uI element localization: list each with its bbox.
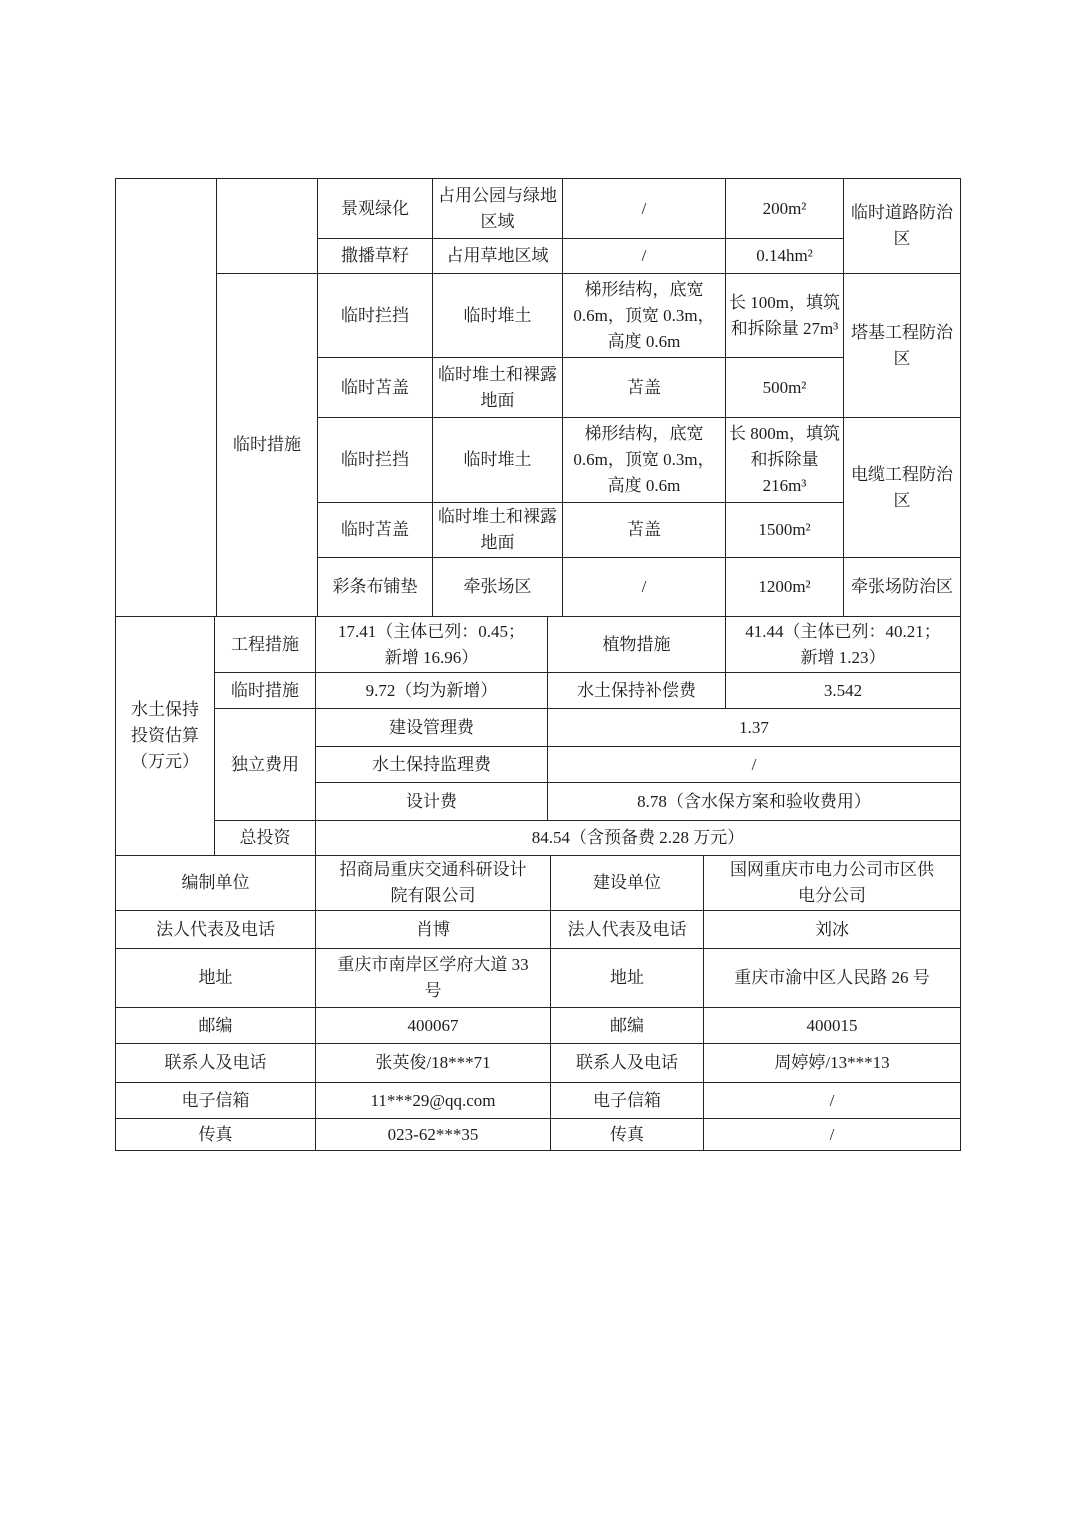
investment-row-label: 临时措施 (215, 673, 316, 709)
contact-value: 周婷婷/13***13 (704, 1044, 961, 1083)
measure-qty-cell: 500m² (726, 358, 844, 418)
fee-name-cell: 水土保持监理费 (316, 747, 548, 783)
measure-spec-cell: / (563, 558, 726, 617)
measure-spec-cell: 梯形结构，底宽 0.6m，顶宽 0.3m，高度 0.6m (563, 274, 726, 358)
investment-value: 41.44（主体已列：40.21；新增 1.23） (726, 617, 961, 673)
investment-value: 3.542 (726, 673, 961, 709)
measure-spec-cell: 苫盖 (563, 358, 726, 418)
measure-location-cell: 占用公园与绿地区域 (433, 179, 563, 239)
measure-qty-cell: 200m² (726, 179, 844, 239)
contact-value: 张英俊/18***71 (316, 1044, 551, 1083)
contact-value: 400015 (704, 1008, 961, 1044)
contact-value: 11***29@qq.com (316, 1083, 551, 1119)
zone-cell: 电缆工程防治区 (844, 418, 961, 558)
contact-value: 重庆市渝中区人民路 26 号 (704, 949, 961, 1008)
zone-cell: 临时道路防治区 (844, 179, 961, 274)
contact-label: 电子信箱 (116, 1083, 316, 1119)
measure-name-cell: 临时苫盖 (318, 503, 433, 558)
measure-name-cell: 撒播草籽 (318, 239, 433, 274)
measure-spec-cell: 梯形结构，底宽 0.6m，顶宽 0.3m，高度 0.6m (563, 418, 726, 503)
contact-value: 刘冰 (704, 911, 961, 949)
contact-table: 编制单位 招商局重庆交通科研设计院有限公司 建设单位 国网重庆市电力公司市区供电… (115, 855, 961, 1151)
measure-name-cell: 临时拦挡 (318, 418, 433, 503)
group-label-empty-cell (217, 179, 318, 274)
contact-label: 邮编 (116, 1008, 316, 1044)
contact-label: 地址 (116, 949, 316, 1008)
group-label-cell: 临时措施 (217, 274, 318, 617)
investment-value: 9.72（均为新增） (316, 673, 548, 709)
investment-row-label: 植物措施 (548, 617, 726, 673)
measure-name-cell: 临时苫盖 (318, 358, 433, 418)
contact-value: 400067 (316, 1008, 551, 1044)
contact-label: 传真 (116, 1119, 316, 1151)
contact-value: 重庆市南岸区学府大道 33 号 (316, 949, 551, 1008)
measure-spec-cell: 苫盖 (563, 503, 726, 558)
measure-location-cell: 临时堆土和裸露地面 (433, 358, 563, 418)
contact-label: 建设单位 (551, 856, 704, 911)
contact-value: / (704, 1083, 961, 1119)
measure-location-cell: 牵张场区 (433, 558, 563, 617)
measure-qty-cell: 1500m² (726, 503, 844, 558)
contact-label: 电子信箱 (551, 1083, 704, 1119)
investment-table: 水土保持投资估算（万元） 工程措施 17.41（主体已列：0.45；新增 16.… (115, 616, 961, 856)
measure-location-cell: 临时堆土 (433, 418, 563, 503)
investment-row-label: 工程措施 (215, 617, 316, 673)
contact-label: 法人代表及电话 (116, 911, 316, 949)
zone-cell: 牵张场防治区 (844, 558, 961, 617)
measure-qty-cell: 0.14hm² (726, 239, 844, 274)
contact-label: 地址 (551, 949, 704, 1008)
measure-qty-cell: 长 800m，填筑和拆除量 216m³ (726, 418, 844, 503)
report-table: 景观绿化 占用公园与绿地区域 / 200m² 临时道路防治区 撒播草籽 占用草地… (115, 178, 960, 1151)
contact-label: 联系人及电话 (116, 1044, 316, 1083)
measure-name-cell: 彩条布铺垫 (318, 558, 433, 617)
contact-value: / (704, 1119, 961, 1151)
measure-location-cell: 占用草地区域 (433, 239, 563, 274)
zone-cell: 塔基工程防治区 (844, 274, 961, 418)
fee-value-cell: / (548, 747, 961, 783)
fee-name-cell: 建设管理费 (316, 709, 548, 747)
contact-value: 023-62***35 (316, 1119, 551, 1151)
measure-spec-cell: / (563, 179, 726, 239)
fee-value-cell: 8.78（含水保方案和验收费用） (548, 783, 961, 821)
fee-name-cell: 设计费 (316, 783, 548, 821)
measure-spec-cell: / (563, 239, 726, 274)
contact-value: 肖博 (316, 911, 551, 949)
investment-value: 17.41（主体已列：0.45；新增 16.96） (316, 617, 548, 673)
total-investment-label: 总投资 (215, 821, 316, 856)
measure-qty-cell: 长 100m，填筑和拆除量 27m³ (726, 274, 844, 358)
measure-name-cell: 景观绿化 (318, 179, 433, 239)
independent-fees-label: 独立费用 (215, 709, 316, 821)
contact-value: 招商局重庆交通科研设计院有限公司 (316, 856, 551, 911)
contact-label: 法人代表及电话 (551, 911, 704, 949)
investment-row-label: 水土保持补偿费 (548, 673, 726, 709)
measure-location-cell: 临时堆土和裸露地面 (433, 503, 563, 558)
contact-label: 邮编 (551, 1008, 704, 1044)
measure-location-cell: 临时堆土 (433, 274, 563, 358)
investment-section-label: 水土保持投资估算（万元） (116, 617, 215, 856)
contact-label: 传真 (551, 1119, 704, 1151)
measure-name-cell: 临时拦挡 (318, 274, 433, 358)
contact-label: 编制单位 (116, 856, 316, 911)
contact-label: 联系人及电话 (551, 1044, 704, 1083)
total-investment-value: 84.54（含预备费 2.28 万元） (316, 821, 961, 856)
fee-value-cell: 1.37 (548, 709, 961, 747)
continuation-empty-cell (116, 179, 217, 617)
contact-value: 国网重庆市电力公司市区供电分公司 (704, 856, 961, 911)
measures-table: 景观绿化 占用公园与绿地区域 / 200m² 临时道路防治区 撒播草籽 占用草地… (115, 178, 961, 617)
measure-qty-cell: 1200m² (726, 558, 844, 617)
